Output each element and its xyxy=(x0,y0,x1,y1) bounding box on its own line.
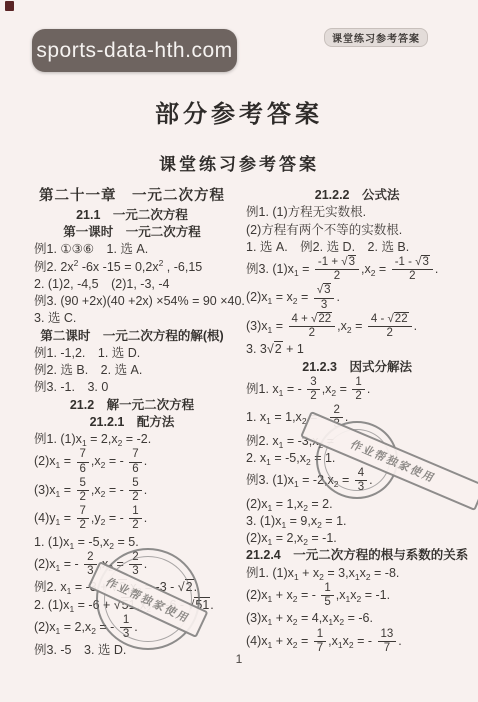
answer-line: 例1. (1)方程无实数根. xyxy=(246,204,468,220)
answer-line: (2)x1 = x2 = √33. xyxy=(246,284,468,311)
answer-line: (2)方程有两个不等的实数根. xyxy=(246,222,468,238)
page-number: 1 xyxy=(0,652,478,666)
answer-line: (3)x1 + x2 = 4,x1x2 = -6. xyxy=(246,610,468,626)
answer-line: (2)x1 = 2,x2 = -1. xyxy=(246,530,468,546)
section-heading: 第一课时 一元二次方程 xyxy=(34,224,230,240)
answers-column-left: 第二十一章 一元二次方程21.1 一元二次方程第一课时 一元二次方程例1. ①③… xyxy=(30,187,230,660)
sqrt-expression: √51 xyxy=(114,597,137,612)
answer-line: 例3. (90 +2x)(40 +2x) ×54% = 90 ×40. xyxy=(34,293,230,309)
section-heading: 21.1 一元二次方程 xyxy=(34,207,230,223)
fraction: 76 xyxy=(129,448,141,475)
fraction: -1 - √32 xyxy=(392,256,433,283)
fraction: 137 xyxy=(378,628,397,655)
sqrt-expression: √2 xyxy=(111,579,127,594)
section-heading: 第二十一章 一元二次方程 xyxy=(34,187,230,206)
fraction: 72 xyxy=(77,505,89,532)
answer-line: 例3. -1. 3. 0 xyxy=(34,379,230,395)
answer-line: 2. x1 = -5,x2 = 1. xyxy=(246,450,468,466)
answer-line: 3. 选 C. xyxy=(34,310,230,326)
answer-line: 例1. x1 = - 32,x2 = 12. xyxy=(246,376,468,403)
fraction: 13 xyxy=(120,614,132,641)
answer-line: (4)y1 = 72,y2 = - 12. xyxy=(34,505,230,532)
answer-line: 例2. 2x2 -6x -15 = 0,2x2 , -6,15 xyxy=(34,259,230,275)
site-watermark-banner: sports-data-hth.com xyxy=(32,29,237,72)
answer-line: 例2. 选 B. 2. 选 A. xyxy=(34,362,230,378)
answer-line: (3)x1 = 52,x2 = - 52. xyxy=(34,477,230,504)
answer-line: 3. (1)x1 = 9,x2 = 1. xyxy=(246,513,468,529)
page-title: 部分参考答案 xyxy=(0,94,478,129)
answer-line: 1. 选 A. 例2. 选 D. 2. 选 B. xyxy=(246,239,468,255)
answer-line: 1. x1 = 1,x2 = - 23. xyxy=(246,404,468,431)
answer-line: (4)x1 + x2 = 17,x1x2 = - 137. xyxy=(246,628,468,655)
page-subtitle: 课堂练习参考答案 xyxy=(0,150,478,175)
answer-line: 例1. (1)x1 = 2,x2 = -2. xyxy=(34,431,230,447)
fraction: √33 xyxy=(314,284,335,311)
sqrt-expression: √3 xyxy=(415,255,430,268)
section-heading: 21.2.4 一元二次方程的根与系数的关系 xyxy=(246,547,468,563)
sqrt-expression: √2 xyxy=(178,579,194,594)
sqrt-expression: √51 xyxy=(188,597,211,612)
section-heading: 21.2.1 配方法 xyxy=(34,414,230,430)
answer-line: 例2. x1 = -3,x2 = xyxy=(246,433,468,449)
answers-column-right: 21.2.2 公式法例1. (1)方程无实数根.(2)方程有两个不等的实数根.1… xyxy=(240,187,468,656)
fraction: 4 - √222 xyxy=(368,313,412,340)
fraction: 17 xyxy=(314,628,326,655)
sqrt-expression: √22 xyxy=(387,312,408,325)
fraction: 52 xyxy=(129,477,141,504)
answer-line: 1. (1)x1 = -5,x2 = 5. xyxy=(34,534,230,550)
answer-line: 2. (1)x1 = -6 + √51,x2 = -6 - √51. xyxy=(34,597,230,613)
answer-line: 例3. (1)x1 = -1 + √32,x2 = -1 - √32. xyxy=(246,256,468,283)
answer-line: 例1. -1,2. 1. 选 D. xyxy=(34,345,230,361)
scanned-answer-page: 课堂练习参考答案 sports-data-hth.com 部分参考答案 课堂练习… xyxy=(0,0,478,702)
section-heading: 21.2 解一元二次方程 xyxy=(34,397,230,413)
fraction: 43 xyxy=(355,467,367,494)
answer-line: (2)x1 = 1,x2 = 2. xyxy=(246,496,468,512)
page-header-badge: 课堂练习参考答案 xyxy=(324,28,428,47)
fraction: 76 xyxy=(77,448,89,475)
fraction: 12 xyxy=(352,376,364,403)
fraction: 12 xyxy=(129,505,141,532)
section-heading: 21.2.3 因式分解法 xyxy=(246,359,468,375)
fraction: 23 xyxy=(129,551,141,578)
answer-line: (2)x1 = - 23,x2 = 23. xyxy=(34,551,230,578)
answers-columns: 第二十一章 一元二次方程21.1 一元二次方程第一课时 一元二次方程例1. ①③… xyxy=(30,187,466,660)
section-heading: 第二课时 一元二次方程的解(根) xyxy=(34,328,230,344)
answer-line: (2)x1 + x2 = - 15,x1x2 = -1. xyxy=(246,582,468,609)
corner-mark xyxy=(5,1,14,11)
answer-line: (2)x1 = 2,x2 = - 13. xyxy=(34,614,230,641)
fraction: 52 xyxy=(77,477,89,504)
sqrt-expression: √3 xyxy=(317,283,332,296)
fraction: 23 xyxy=(330,404,342,431)
sqrt-expression: √22 xyxy=(311,312,332,325)
answer-line: (2)x1 = 76,x2 = - 76. xyxy=(34,448,230,475)
fraction: 23 xyxy=(84,551,96,578)
answer-line: 例1. ①③⑥ 1. 选 A. xyxy=(34,241,230,257)
answer-line: (3)x1 = 4 + √222,x2 = 4 - √222. xyxy=(246,313,468,340)
site-watermark-text: sports-data-hth.com xyxy=(36,39,232,63)
answer-line: 例3. (1)x1 = -2,x2 = 43. xyxy=(246,467,468,494)
answer-line: 例2. x1 = -3 + √2,x2 = -3 - √2. xyxy=(34,579,230,595)
section-heading: 21.2.2 公式法 xyxy=(246,187,468,203)
fraction: 4 + √222 xyxy=(289,313,336,340)
sqrt-expression: √3 xyxy=(341,255,356,268)
fraction: 32 xyxy=(307,376,319,403)
sqrt-expression: √2 xyxy=(267,341,283,356)
answer-line: 2. (1)2, -4,5 (2)1, -3, -4 xyxy=(34,276,230,292)
fraction: 15 xyxy=(321,582,333,609)
answer-line: 3. 3√2 + 1 xyxy=(246,341,468,357)
fraction: -1 + √32 xyxy=(315,256,359,283)
answer-line: 例1. (1)x1 + x2 = 3,x1x2 = -8. xyxy=(246,565,468,581)
